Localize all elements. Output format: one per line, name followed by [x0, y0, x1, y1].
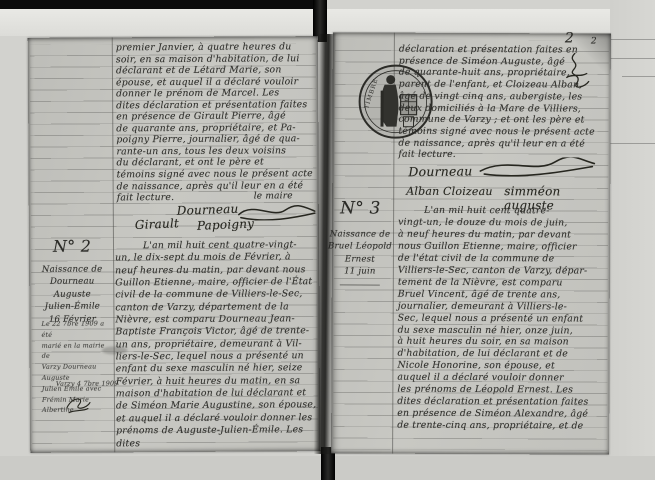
act-3-margin-number: N° 3: [340, 198, 380, 218]
book-cover-edge-top: [0, 0, 313, 9]
act-2-continuation-text: déclaration et présentation faites en pr…: [398, 44, 601, 162]
act-1-closing-role: le maire: [254, 191, 293, 201]
margin-underline: [340, 284, 380, 285]
act-2-margin-title: Naissance de Dourneau Auguste Julien-Émi…: [33, 263, 111, 326]
scan-streak: [606, 58, 655, 59]
register-right-page: 2 2 TIMBRE déclaration et présentation f…: [331, 32, 611, 454]
signature-declarant-act-1: Dourneau: [177, 202, 239, 218]
act-2-marginal-note-date: Varzy 4 7bre 1909: [56, 378, 119, 389]
act-1-continuation-text: premier Janvier, à quatre heures du soir…: [116, 41, 317, 204]
scan-background-top: [0, 9, 655, 36]
signature-witness-papoigny: Papoigny: [197, 217, 255, 233]
signature-witness-girault: Girault: [135, 216, 180, 232]
scanned-register-spread: { "folio": { "page_number": "2", "page_n…: [0, 0, 655, 480]
act-3-margin-title: Naissance de Bruel Léopold Ernest 11 jui…: [328, 228, 392, 278]
act-3-text: L'an mil huit cent quatre- vingt-un, le …: [397, 205, 604, 433]
marginal-note-paraph: [63, 393, 93, 417]
signature-witness-cloizeau: Alban Cloizeau: [406, 185, 493, 198]
act-2-margin-number: N° 2: [53, 237, 91, 256]
mayor-signature-flourish: [478, 157, 596, 178]
signature-declarant-act-2: Dourneau: [408, 163, 472, 179]
register-left-page: premier Janvier, à quatre heures du soir…: [28, 36, 321, 453]
act-2-text: L'an mil huit cent quatre-vingt- un, le …: [115, 239, 318, 450]
scan-streak: [622, 76, 655, 77]
scan-background-right: [610, 0, 655, 480]
